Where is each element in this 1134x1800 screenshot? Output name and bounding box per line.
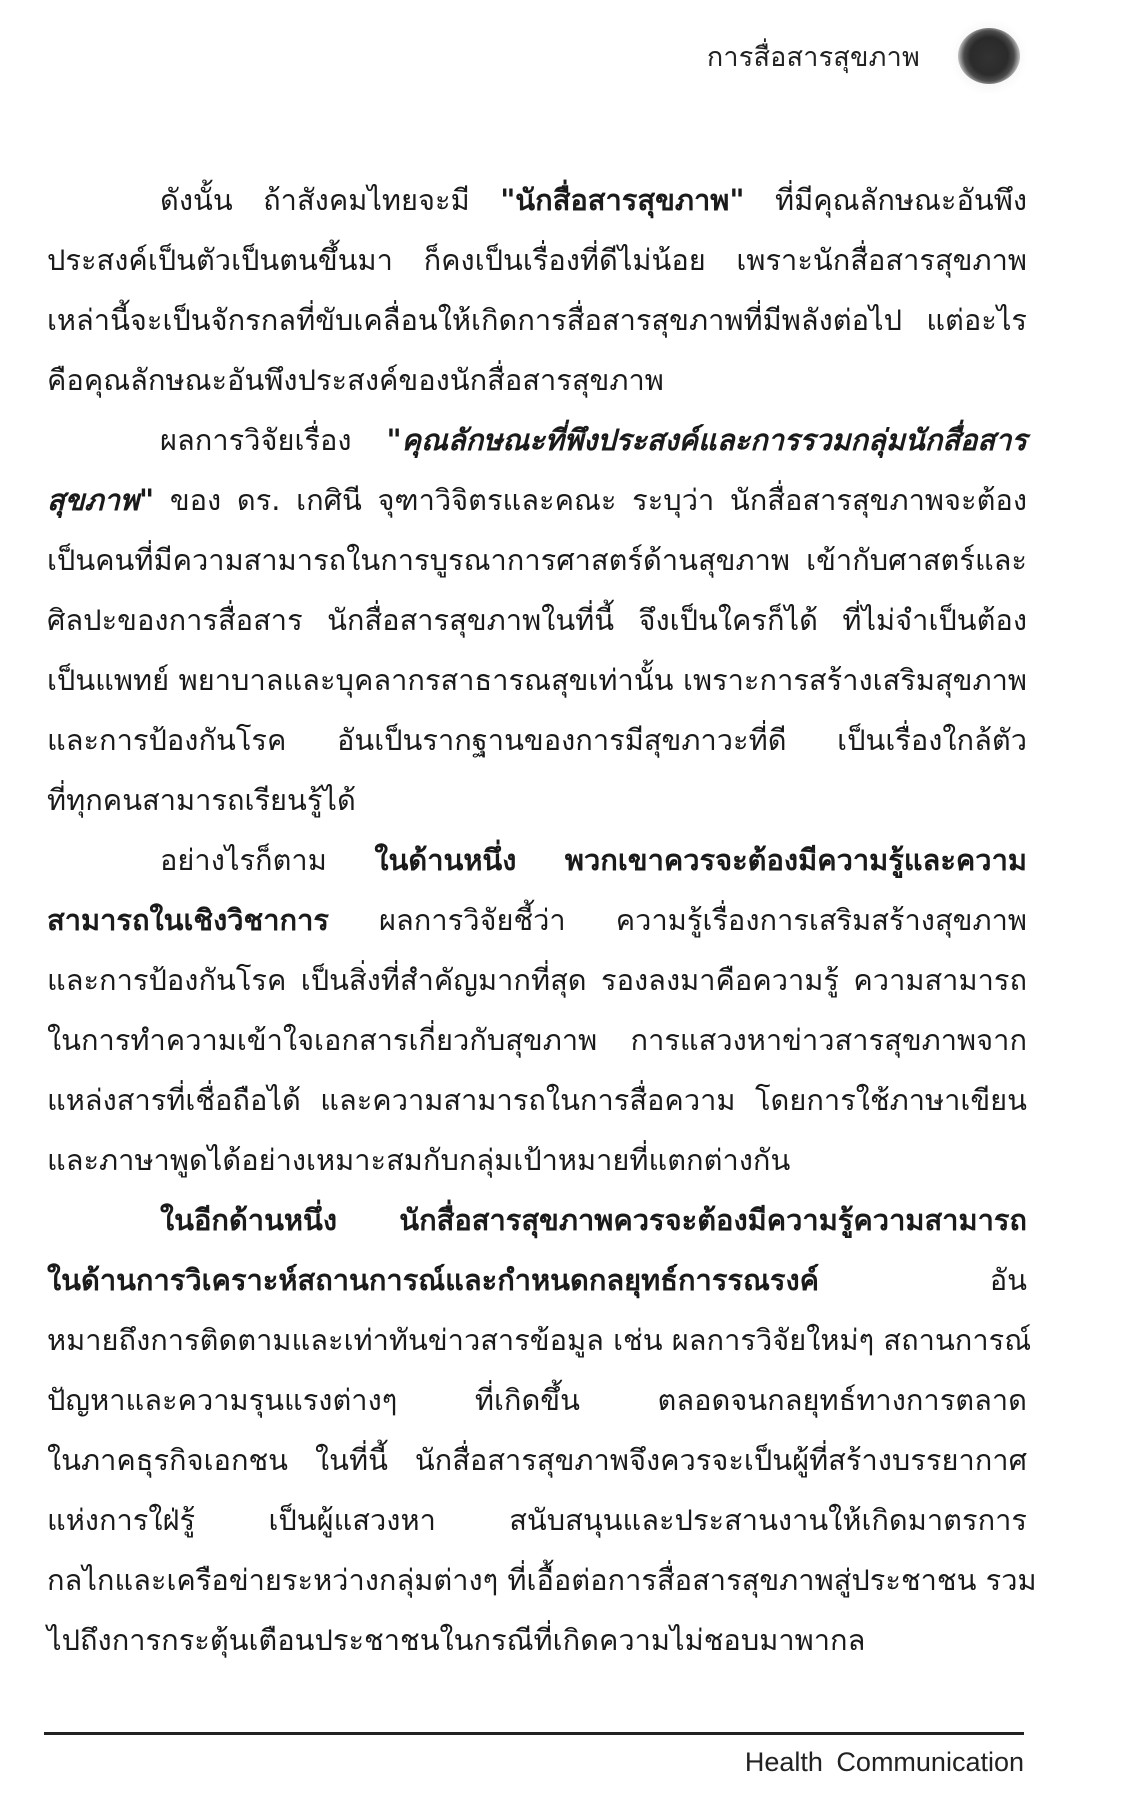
body-text-run: คือคุณลักษณะอันพึงประสงค์ของนักสื่อสารสุ… [47, 363, 664, 397]
text-line: เหล่านี้จะเป็นจักรกลที่ขับเคลื่อนให้เกิด… [47, 290, 1027, 350]
text-line: และภาษาพูดได้อย่างเหมาะสมกับกลุ่มเป้าหมา… [47, 1130, 1027, 1190]
text-line: ดังนั้น ถ้าสังคมไทยจะมี "นักสื่อสารสุขภา… [47, 170, 1027, 230]
text-line: เป็นแพทย์ พยาบาลและบุคลากรสาธารณสุขเท่าน… [47, 650, 1027, 710]
text-line: สามารถในเชิงวิชาการ ผลการวิจัยชี้ว่า ควา… [47, 890, 1027, 950]
text-line: หมายถึงการติดตามและเท่าทันข่าวสารข้อมูล … [47, 1310, 1027, 1370]
text-line: และการป้องกันโรค เป็นสิ่งที่สำคัญมากที่ส… [47, 950, 1027, 1010]
body-text-run: ประสงค์เป็นตัวเป็นตนขึ้นมา ก็คงเป็นเรื่อ… [47, 243, 1027, 277]
emphasis-text: สุขภาพ" [47, 483, 154, 517]
body-text-run: กลไกและเครือข่ายระหว่างกลุ่มต่างๆ ที่เอื… [47, 1563, 1037, 1597]
body-text-run: และภาษาพูดได้อย่างเหมาะสมกับกลุ่มเป้าหมา… [47, 1143, 790, 1177]
emphasis-text: สามารถในเชิงวิชาการ [47, 903, 329, 937]
text-line: อย่างไรก็ตาม ในด้านหนึ่ง พวกเขาควรจะต้อง… [47, 830, 1027, 890]
body-text-run: เป็นแพทย์ พยาบาลและบุคลากรสาธารณสุขเท่าน… [47, 663, 1027, 697]
text-line: ในการทำความเข้าใจเอกสารเกี่ยวกับสุขภาพ ก… [47, 1010, 1027, 1070]
body-text-run: ในภาคธุรกิจเอกชน ในที่นี้ นักสื่อสารสุขภ… [47, 1443, 1027, 1477]
body-text-run: ปัญหาและความรุนแรงต่างๆ ที่เกิดขึ้น ตลอด… [47, 1383, 1027, 1417]
text-line: ที่ทุกคนสามารถเรียนรู้ได้ [47, 770, 1027, 830]
body-text-run: ที่ทุกคนสามารถเรียนรู้ได้ [47, 783, 356, 817]
body-text-run: ในการทำความเข้าใจเอกสารเกี่ยวกับสุขภาพ ก… [47, 1023, 1027, 1057]
body-text-run: อัน [819, 1263, 1027, 1297]
emphasis-text: ในด้านการวิเคราะห์สถานการณ์และกำหนดกลยุท… [47, 1263, 819, 1297]
body-text-run: หมายถึงการติดตามและเท่าทันข่าวสารข้อมูล … [47, 1323, 1031, 1357]
text-line: ในอีกด้านหนึ่ง นักสื่อสารสุขภาพควรจะต้อง… [47, 1190, 1027, 1250]
text-line: ศิลปะของการสื่อสาร นักสื่อสารสุขภาพในที่… [47, 590, 1027, 650]
text-line: กลไกและเครือข่ายระหว่างกลุ่มต่างๆ ที่เอื… [47, 1550, 1027, 1610]
text-line: ผลการวิจัยเรื่อง "คุณลักษณะที่พึงประสงค์… [47, 410, 1027, 470]
body-text-run: และการป้องกันโรค เป็นสิ่งที่สำคัญมากที่ส… [47, 963, 1027, 997]
body-text-run: แห่งการใฝ่รู้ เป็นผู้แสวงหา สนับสนุนและป… [47, 1503, 1027, 1537]
body-text-run: อย่างไรก็ตาม [160, 843, 374, 877]
text-line: และการป้องกันโรค อันเป็นรากฐานของการมีสุ… [47, 710, 1027, 770]
emphasis-text: "นักสื่อสารสุขภาพ" [500, 183, 744, 217]
body-text-run: ผลการวิจัยชี้ว่า ความรู้เรื่องการเสริมสร… [329, 903, 1027, 937]
emphasis-text: ในด้านหนึ่ง พวกเขาควรจะต้องมีความรู้และค… [374, 843, 1027, 877]
body-text-run: ผลการวิจัยเรื่อง [160, 423, 387, 457]
text-line: คือคุณลักษณะอันพึงประสงค์ของนักสื่อสารสุ… [47, 350, 1027, 410]
emphasis-text: "คุณลักษณะที่พึงประสงค์และการรวมกลุ่มนัก… [387, 423, 1028, 457]
text-line: แห่งการใฝ่รู้ เป็นผู้แสวงหา สนับสนุนและป… [47, 1490, 1027, 1550]
body-text-run: ที่มีคุณลักษณะอันพึง [745, 183, 1027, 217]
body-text-run: แหล่งสารที่เชื่อถือได้ และความสามารถในกา… [47, 1083, 1027, 1117]
body-text: ดังนั้น ถ้าสังคมไทยจะมี "นักสื่อสารสุขภา… [47, 170, 1027, 1670]
paragraph: ในอีกด้านหนึ่ง นักสื่อสารสุขภาพควรจะต้อง… [47, 1190, 1027, 1670]
body-text-run: ไปถึงการกระตุ้นเตือนประชาชนในกรณีที่เกิด… [47, 1623, 865, 1657]
emphasis-text: ในอีกด้านหนึ่ง นักสื่อสารสุขภาพควรจะต้อง… [160, 1203, 1027, 1237]
text-line: ปัญหาและความรุนแรงต่างๆ ที่เกิดขึ้น ตลอด… [47, 1370, 1027, 1430]
body-text-run: ดังนั้น ถ้าสังคมไทยจะมี [160, 183, 500, 217]
paragraph: ดังนั้น ถ้าสังคมไทยจะมี "นักสื่อสารสุขภา… [47, 170, 1027, 410]
text-line: สุขภาพ" ของ ดร. เกศินี จุฑาวิจิตรและคณะ … [47, 470, 1027, 530]
body-text-run: ของ ดร. เกศินี จุฑาวิจิตรและคณะ ระบุว่า … [154, 483, 1027, 517]
text-line: ในด้านการวิเคราะห์สถานการณ์และกำหนดกลยุท… [47, 1250, 1027, 1310]
body-text-run: เหล่านี้จะเป็นจักรกลที่ขับเคลื่อนให้เกิด… [47, 303, 1027, 337]
body-text-run: ศิลปะของการสื่อสาร นักสื่อสารสุขภาพในที่… [47, 603, 1027, 637]
footer-title: Health Communication [745, 1745, 1024, 1779]
body-text-run: และการป้องกันโรค อันเป็นรากฐานของการมีสุ… [47, 723, 1027, 757]
paragraph: อย่างไรก็ตาม ในด้านหนึ่ง พวกเขาควรจะต้อง… [47, 830, 1027, 1190]
text-line: เป็นคนที่มีความสามารถในการบูรณาการศาสตร์… [47, 530, 1027, 590]
text-line: แหล่งสารที่เชื่อถือได้ และความสามารถในกา… [47, 1070, 1027, 1130]
paragraph: ผลการวิจัยเรื่อง "คุณลักษณะที่พึงประสงค์… [47, 410, 1027, 830]
page-number-blot [958, 28, 1020, 84]
running-head: การสื่อสารสุขภาพ [707, 38, 920, 78]
text-line: ในภาคธุรกิจเอกชน ในที่นี้ นักสื่อสารสุขภ… [47, 1430, 1027, 1490]
text-line: ไปถึงการกระตุ้นเตือนประชาชนในกรณีที่เกิด… [47, 1610, 1027, 1670]
text-line: ประสงค์เป็นตัวเป็นตนขึ้นมา ก็คงเป็นเรื่อ… [47, 230, 1027, 290]
body-text-run: เป็นคนที่มีความสามารถในการบูรณาการศาสตร์… [47, 543, 1027, 577]
footer-rule [44, 1732, 1024, 1735]
